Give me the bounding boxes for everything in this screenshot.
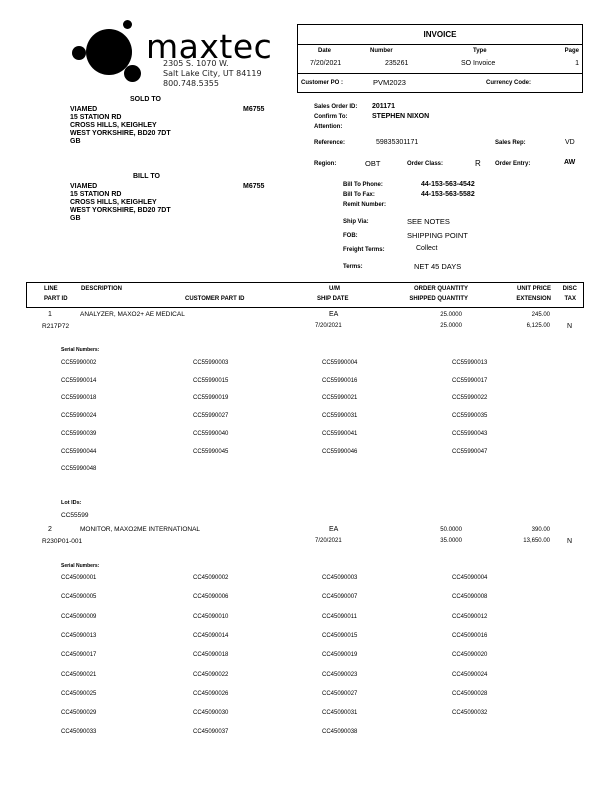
serial-numbers-label: Serial Numbers: <box>61 563 99 569</box>
serial-number: CC45090029 <box>61 710 96 716</box>
serial-number: CC55990031 <box>322 413 357 419</box>
col-description: DESCRIPTION <box>81 286 122 292</box>
serial-number: CC55990019 <box>193 395 228 401</box>
company-phone: 800.748.5355 <box>163 79 219 88</box>
serial-number: CC45090024 <box>452 672 487 678</box>
sales-order-id: 201171 <box>372 103 395 110</box>
sold-to-line: GB <box>70 138 81 145</box>
serial-number: CC55990015 <box>193 378 228 384</box>
line-shipped-quantity: 25.0000 <box>440 323 462 329</box>
serial-number: CC45090005 <box>61 594 96 600</box>
serial-number: CC45090038 <box>322 729 357 735</box>
customer-po: PVM2023 <box>373 78 406 87</box>
currency-code-label: Currency Code: <box>486 80 531 86</box>
invoice-title: INVOICE <box>298 25 582 45</box>
sold-to-line: 15 STATION RD <box>70 114 121 121</box>
line-number: 1 <box>48 311 52 318</box>
serial-number: CC45090027 <box>322 691 357 697</box>
serial-number: CC45090028 <box>452 691 487 697</box>
line-unit-price: 245.00 <box>532 312 550 318</box>
serial-number: CC55990002 <box>61 360 96 366</box>
col-extension: EXTENSION <box>516 296 551 302</box>
line-order-quantity: 50.0000 <box>440 527 462 533</box>
col-unit-price: UNIT PRICE <box>517 286 551 292</box>
serial-number: CC55990046 <box>322 449 357 455</box>
sales-rep: VD <box>565 139 575 146</box>
line-part-id: R230P01-001 <box>42 538 82 545</box>
serial-number: CC45090031 <box>322 710 357 716</box>
sold-to-line: WEST YORKSHIRE, BD20 7DT <box>70 130 171 137</box>
sold-to-name: VIAMED <box>70 106 97 113</box>
bill-to-heading: BILL TO <box>133 173 160 180</box>
invoice-type: SO Invoice <box>461 60 495 67</box>
logo-dot-small-left <box>72 46 86 60</box>
ship-via: SEE NOTES <box>407 217 450 226</box>
order-class: R <box>475 159 481 168</box>
line-unit-price: 390.00 <box>532 527 550 533</box>
serial-number: CC45090006 <box>193 594 228 600</box>
serial-number: CC55990018 <box>61 395 96 401</box>
terms-label: Terms: <box>343 264 363 270</box>
order-class-label: Order Class: <box>407 161 443 167</box>
line-description: MONITOR, MAXO2ME INTERNATIONAL <box>80 526 200 533</box>
line-description: ANALYZER, MAXO2+ AE MEDICAL <box>80 311 185 318</box>
serial-number: CC45090022 <box>193 672 228 678</box>
sales-order-id-label: Sales Order ID: <box>314 104 357 110</box>
serial-number: CC55990043 <box>452 431 487 437</box>
ship-via-label: Ship Via: <box>343 219 369 225</box>
line-ship-date: 7/20/2021 <box>315 538 342 544</box>
line-ship-date: 7/20/2021 <box>315 323 342 329</box>
bill-to-name: VIAMED <box>70 183 97 190</box>
col-ship-date: SHIP DATE <box>317 296 348 302</box>
bill-to-line: CROSS HILLS, KEIGHLEY <box>70 199 157 206</box>
serial-number: CC45090011 <box>322 614 357 620</box>
fob-label: FOB: <box>343 233 358 239</box>
serial-number: CC45090013 <box>61 633 96 639</box>
serial-number: CC55990017 <box>452 378 487 384</box>
serial-number: CC45090008 <box>452 594 487 600</box>
serial-number: CC45090033 <box>61 729 96 735</box>
serial-number: CC45090030 <box>193 710 228 716</box>
line-order-quantity: 25.0000 <box>440 312 462 318</box>
col-um: U/M <box>329 286 340 292</box>
lot-ids-label: Lot IDs: <box>61 500 81 506</box>
bill-to-line: GB <box>70 215 81 222</box>
col-tax: TAX <box>564 296 576 302</box>
serial-number: CC45090014 <box>193 633 228 639</box>
serial-number: CC55990016 <box>322 378 357 384</box>
attention-label: Attention: <box>314 124 342 130</box>
serial-number: CC55990035 <box>452 413 487 419</box>
serial-number: CC55990039 <box>61 431 96 437</box>
bill-to-phone: 44-153-563-4542 <box>421 181 475 188</box>
serial-number: CC45090015 <box>322 633 357 639</box>
line-part-id: R217P72 <box>42 323 69 330</box>
order-entry-label: Order Entry: <box>495 161 530 167</box>
company-address-line1: 2305 S. 1070 W. <box>163 59 229 68</box>
terms: NET 45 DAYS <box>414 262 461 271</box>
sold-to-line: CROSS HILLS, KEIGHLEY <box>70 122 157 129</box>
reference: 59835301171 <box>376 139 418 146</box>
serial-number: CC45090025 <box>61 691 96 697</box>
line-tax: N <box>567 323 572 330</box>
confirm-to-label: Confirm To: <box>314 114 348 120</box>
bill-to-line: WEST YORKSHIRE, BD20 7DT <box>70 207 171 214</box>
region: OBT <box>365 159 380 168</box>
line-tax: N <box>567 538 572 545</box>
serial-number: CC45090018 <box>193 652 228 658</box>
company-address-line2: Salt Lake City, UT 84119 <box>163 69 262 78</box>
serial-number: CC55990041 <box>322 431 357 437</box>
serial-number: CC45090007 <box>322 594 357 600</box>
fob: SHIPPING POINT <box>407 231 468 240</box>
serial-number: CC45090020 <box>452 652 487 658</box>
serial-number: CC55990044 <box>61 449 96 455</box>
serial-number: CC55990047 <box>452 449 487 455</box>
serial-number: CC55990045 <box>193 449 228 455</box>
serial-number: CC45090010 <box>193 614 228 620</box>
serial-number: CC55990004 <box>322 360 357 366</box>
serial-number: CC45090032 <box>452 710 487 716</box>
col-disc: DISC <box>563 286 577 292</box>
bill-to-fax-label: Bill To Fax: <box>343 192 375 198</box>
order-entry: AW <box>564 159 575 166</box>
invoice-date: 7/20/2021 <box>310 60 341 67</box>
line-number: 2 <box>48 526 52 533</box>
serial-number: CC45090019 <box>322 652 357 658</box>
serial-numbers-label: Serial Numbers: <box>61 347 99 353</box>
serial-number: CC55990024 <box>61 413 96 419</box>
sold-to-account: M6755 <box>243 106 264 113</box>
col-part-id: PART ID <box>44 296 68 302</box>
type-label: Type <box>473 48 487 54</box>
serial-number: CC45090004 <box>452 575 487 581</box>
page-number: 1 <box>575 60 579 67</box>
bill-to-phone-label: Bill To Phone: <box>343 182 383 188</box>
line-extension: 6,125.00 <box>527 323 550 329</box>
confirm-to: STEPHEN NIXON <box>372 113 429 120</box>
line-items-header: LINE PART ID DESCRIPTION CUSTOMER PART I… <box>26 282 584 308</box>
serial-number: CC55990040 <box>193 431 228 437</box>
reference-label: Reference: <box>314 140 345 146</box>
line-extension: 13,650.00 <box>523 538 550 544</box>
serial-number: CC45090003 <box>322 575 357 581</box>
sales-rep-label: Sales Rep: <box>495 140 526 146</box>
date-label: Date <box>318 48 331 54</box>
page-label: Page <box>565 48 579 54</box>
logo-dot-top <box>123 20 132 29</box>
col-customer-part-id: CUSTOMER PART ID <box>185 296 244 302</box>
freight-terms: Collect <box>416 245 437 252</box>
number-label: Number <box>370 48 393 54</box>
serial-number: CC55990021 <box>322 395 357 401</box>
serial-number: CC45090012 <box>452 614 487 620</box>
line-shipped-quantity: 35.0000 <box>440 538 462 544</box>
serial-number: CC45090026 <box>193 691 228 697</box>
serial-number: CC55990013 <box>452 360 487 366</box>
serial-number: CC45090021 <box>61 672 96 678</box>
serial-number: CC45090002 <box>193 575 228 581</box>
customer-po-row: Customer PO : PVM2023 Currency Code: <box>298 74 582 92</box>
col-order-quantity: ORDER QUANTITY <box>414 286 468 292</box>
invoice-number: 235261 <box>385 60 408 67</box>
serial-number: CC45090001 <box>61 575 96 581</box>
invoice-header-box: INVOICE Date Number Type Page 7/20/2021 … <box>297 24 583 93</box>
serial-number: CC55990027 <box>193 413 228 419</box>
bill-to-account: M6755 <box>243 183 264 190</box>
serial-number: CC55990022 <box>452 395 487 401</box>
serial-number: CC45090016 <box>452 633 487 639</box>
invoice-meta-row: Date Number Type Page 7/20/2021 235261 S… <box>298 45 582 74</box>
serial-number: CC55990014 <box>61 378 96 384</box>
col-line: LINE <box>44 286 58 292</box>
bill-to-fax: 44-153-563-5582 <box>421 191 475 198</box>
logo-dot-bottom <box>124 65 141 82</box>
remit-number-label: Remit Number: <box>343 202 386 208</box>
bill-to-line: 15 STATION RD <box>70 191 121 198</box>
sold-to-heading: SOLD TO <box>130 96 161 103</box>
serial-number: CC45090017 <box>61 652 96 658</box>
line-um: EA <box>329 311 338 318</box>
lot-id: CC55599 <box>61 512 88 519</box>
freight-terms-label: Freight Terms: <box>343 247 385 253</box>
serial-number: CC55990048 <box>61 466 96 472</box>
serial-number: CC45090037 <box>193 729 228 735</box>
region-label: Region: <box>314 161 336 167</box>
serial-number: CC45090009 <box>61 614 96 620</box>
col-shipped-quantity: SHIPPED QUANTITY <box>409 296 468 302</box>
customer-po-label: Customer PO : <box>301 80 343 86</box>
serial-number: CC55990003 <box>193 360 228 366</box>
line-um: EA <box>329 526 338 533</box>
serial-number: CC45090023 <box>322 672 357 678</box>
